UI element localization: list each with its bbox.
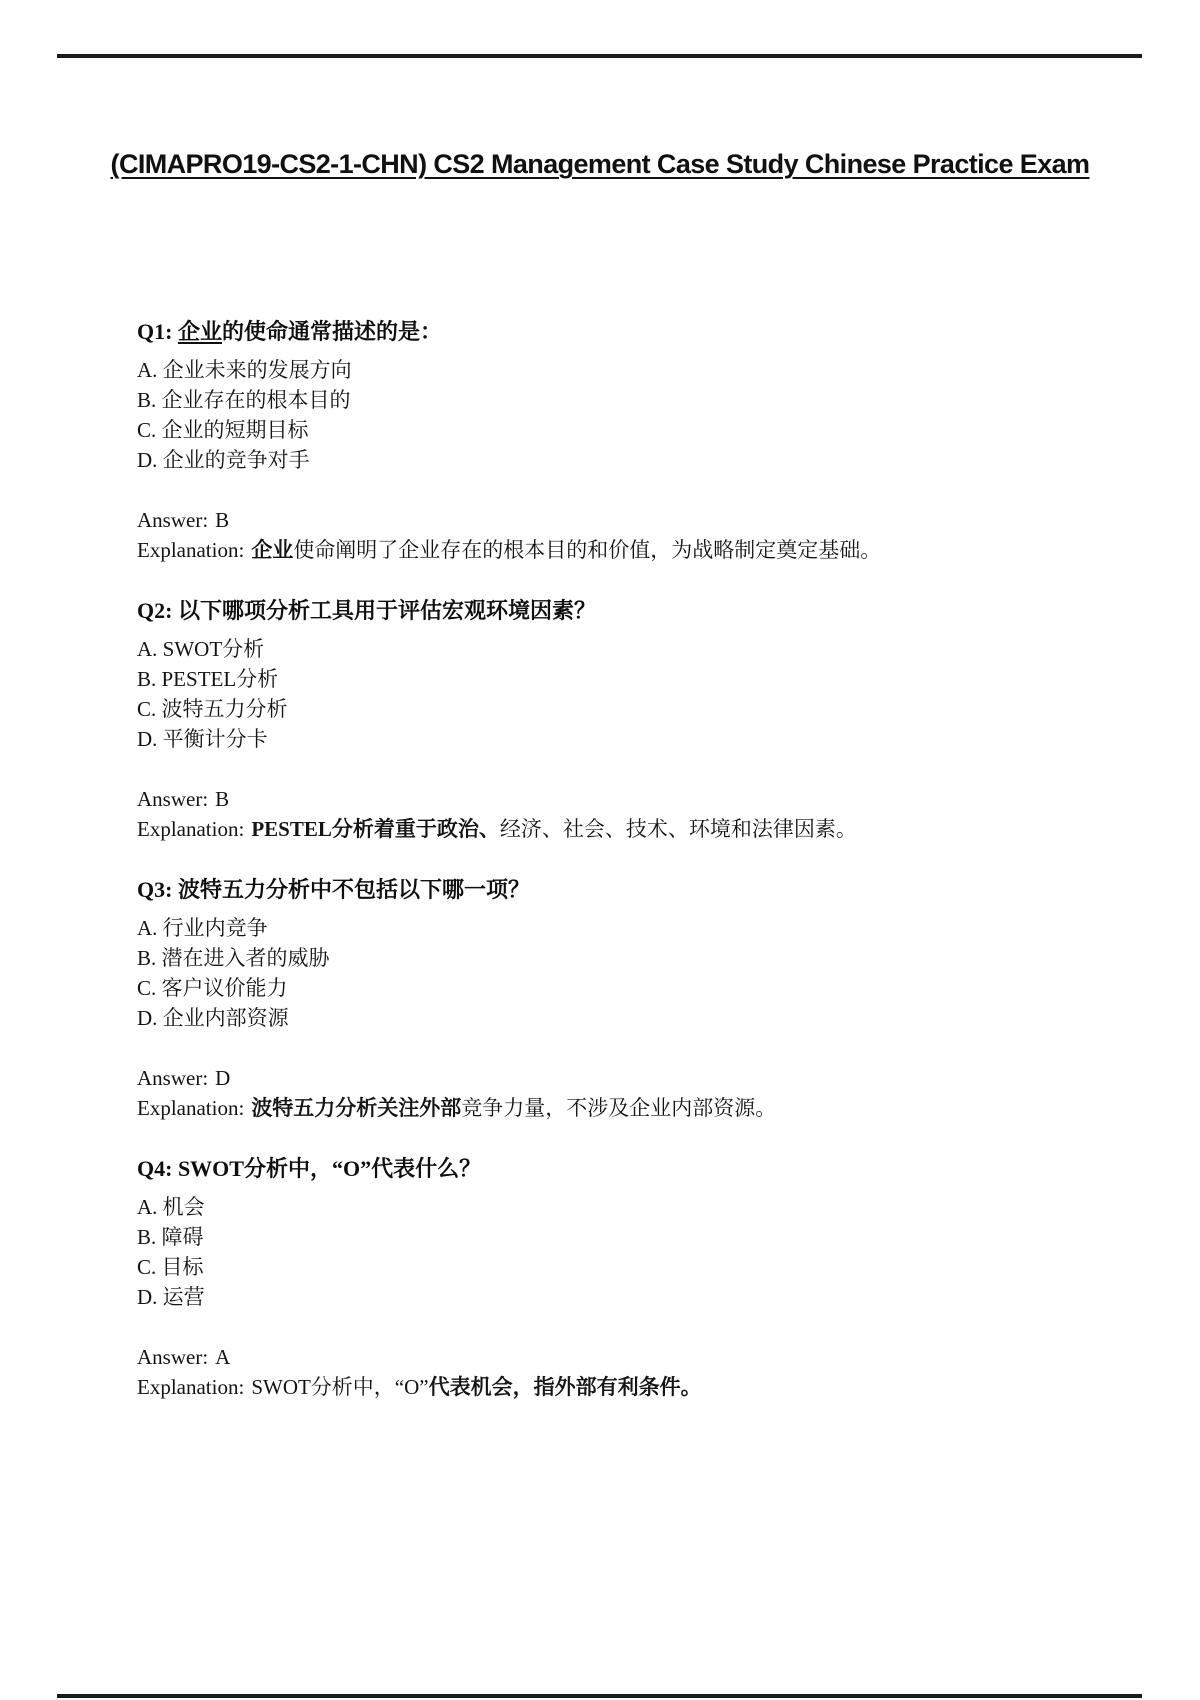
text-segment: 竞争力量，不涉及企业内部资源。 (461, 1096, 776, 1120)
option-line-b: B. 障碍 (137, 1222, 1137, 1252)
explanation-label: Explanation: (137, 1375, 244, 1399)
question-block-q3: Q3: 波特五力分析中不包括以下哪一项？ A. 行业内竞争 B. 潜在进入者的威… (137, 875, 1137, 1123)
answer-value: A (215, 1345, 230, 1369)
option-line-b: B. PESTEL分析 (137, 664, 1137, 694)
option-line-d: D. 平衡计分卡 (137, 724, 1137, 754)
text-segment: 企业 (178, 319, 222, 344)
option-line-d: D. 企业内部资源 (137, 1003, 1137, 1033)
explanation-text: 企业使命阐明了企业存在的根本目的和价值，为战略制定奠定基础。 (251, 538, 881, 562)
text-segment: Q3: 波特五力分析中不包括以下哪一项？ (137, 877, 530, 902)
document-title: (CIMAPRO19-CS2-1-CHN) CS2 Management Cas… (0, 149, 1200, 180)
option-line-a: A. 机会 (137, 1192, 1137, 1222)
explanation-label: Explanation: (137, 538, 244, 562)
text-segment: 的使命通常描述的是： (222, 319, 442, 344)
question-header: Q3: 波特五力分析中不包括以下哪一项？ (137, 875, 1137, 905)
explanation-label: Explanation: (137, 817, 244, 841)
option-line-d: D. 企业的竞争对手 (137, 445, 1137, 475)
answer-label: Answer: (137, 1345, 208, 1369)
text-segment: 波特五力分析关注外部 (251, 1096, 461, 1120)
option-line-a: A. SWOT分析 (137, 634, 1137, 664)
explanation-line: Explanation:波特五力分析关注外部竞争力量，不涉及企业内部资源。 (137, 1093, 1137, 1123)
text-segment: SWOT分析中，“O” (251, 1375, 428, 1399)
bottom-rule (57, 1694, 1142, 1698)
option-line-b: B. 企业存在的根本目的 (137, 385, 1137, 415)
explanation-label: Explanation: (137, 1096, 244, 1120)
answer-value: B (215, 787, 229, 811)
answer-line: Answer:B (137, 784, 1137, 814)
question-block-q4: Q4: SWOT分析中，“O”代表什么？ A. 机会 B. 障碍 C. 目标 D… (137, 1154, 1137, 1402)
option-line-c: C. 企业的短期目标 (137, 415, 1137, 445)
text-segment: 使命阐明了企业存在的根本目的和价值，为战略制定奠定基础。 (293, 538, 881, 562)
explanation-text: PESTEL分析着重于政治、经济、社会、技术、环境和法律因素。 (251, 817, 857, 841)
answer-value: B (215, 508, 229, 532)
text-segment: 代表机会，指外部有利条件。 (429, 1375, 702, 1399)
question-header: Q2: 以下哪项分析工具用于评估宏观环境因素？ (137, 596, 1137, 626)
answer-label: Answer: (137, 508, 208, 532)
text-segment: Q1: (137, 319, 178, 344)
explanation-line: Explanation:PESTEL分析着重于政治、经济、社会、技术、环境和法律… (137, 814, 1137, 844)
answer-label: Answer: (137, 1066, 208, 1090)
explanation-text: SWOT分析中，“O”代表机会，指外部有利条件。 (251, 1375, 701, 1399)
explanation-line: Explanation:企业使命阐明了企业存在的根本目的和价值，为战略制定奠定基… (137, 535, 1137, 565)
option-line-b: B. 潜在进入者的威胁 (137, 943, 1137, 973)
question-block-q2: Q2: 以下哪项分析工具用于评估宏观环境因素？ A. SWOT分析 B. PES… (137, 596, 1137, 844)
question-block-q1: Q1: 企业的使命通常描述的是： A. 企业未来的发展方向 B. 企业存在的根本… (137, 317, 1137, 565)
answer-value: D (215, 1066, 230, 1090)
option-line-a: A. 企业未来的发展方向 (137, 355, 1137, 385)
question-header: Q1: 企业的使命通常描述的是： (137, 317, 1137, 347)
exam-content: Q1: 企业的使命通常描述的是： A. 企业未来的发展方向 B. 企业存在的根本… (137, 317, 1137, 1402)
answer-label: Answer: (137, 787, 208, 811)
answer-line: Answer:A (137, 1342, 1137, 1372)
question-header: Q4: SWOT分析中，“O”代表什么？ (137, 1154, 1137, 1184)
option-line-c: C. 波特五力分析 (137, 694, 1137, 724)
text-segment: Q2: 以下哪项分析工具用于评估宏观环境因素？ (137, 598, 596, 623)
option-line-c: C. 目标 (137, 1252, 1137, 1282)
explanation-line: Explanation:SWOT分析中，“O”代表机会，指外部有利条件。 (137, 1372, 1137, 1402)
answer-line: Answer:D (137, 1063, 1137, 1093)
text-segment: 经济、社会、技术、环境和法律因素。 (500, 817, 857, 841)
answer-line: Answer:B (137, 505, 1137, 535)
text-segment: Q4: SWOT分析中，“O”代表什么？ (137, 1156, 481, 1181)
option-line-a: A. 行业内竞争 (137, 913, 1137, 943)
option-line-c: C. 客户议价能力 (137, 973, 1137, 1003)
text-segment: 企业 (251, 538, 293, 562)
explanation-text: 波特五力分析关注外部竞争力量，不涉及企业内部资源。 (251, 1096, 776, 1120)
top-rule (57, 54, 1142, 58)
text-segment: PESTEL分析着重于政治、 (251, 817, 500, 841)
option-line-d: D. 运营 (137, 1282, 1137, 1312)
